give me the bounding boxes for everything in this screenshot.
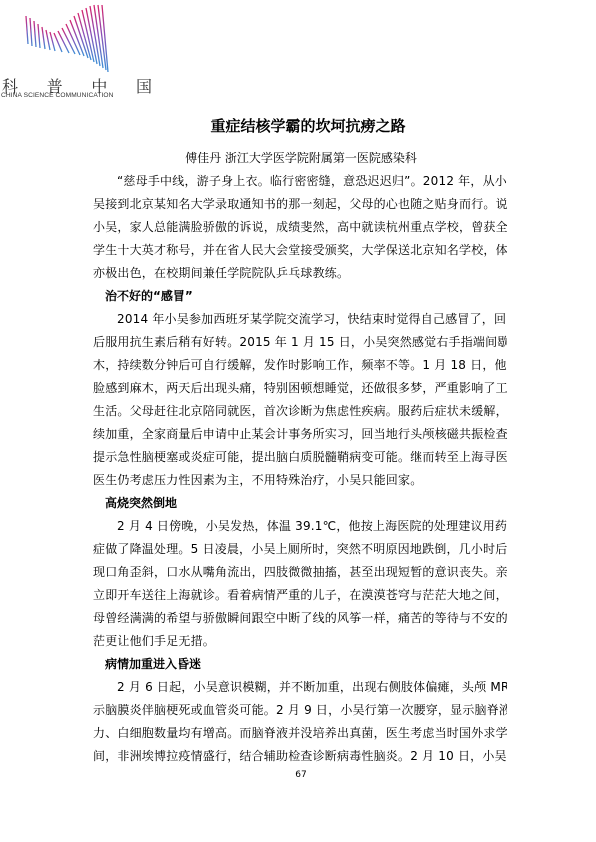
author-line: 傅佳丹 浙江大学医学院附属第一医院感染科 — [0, 149, 596, 166]
paragraph-line: 亦极出色，在校期间兼任学院院队乒乓球教练。 — [93, 262, 507, 285]
paragraph-line: 母曾经满满的希望与骄傲瞬间跟空中断了线的风筝一样，痛苦的等待与不安的迷 — [93, 607, 507, 630]
logo-wave-icon — [22, 2, 132, 74]
paragraph-line: 医生仍考虑压力性因素为主，不用特殊治疗，小吴只能回家。 — [93, 469, 507, 492]
page-number: 67 — [0, 770, 596, 780]
paragraph-line: 2 月 6 日起，小吴意识模糊，并不断加重，出现右侧肢体偏瘫，头颅 MRI 提 — [93, 676, 507, 699]
paragraph-line: 2014 年小吴参加西班牙某学院交流学习，快结束时觉得自己感冒了，回国 — [93, 308, 507, 331]
paragraph-line: 提示急性脑梗塞或炎症可能，提出脑白质脱髓鞘病变可能。继而转至上海寻医， — [93, 446, 507, 469]
section-heading: 高烧突然倒地 — [93, 492, 507, 515]
paragraph-line: 木，持续数分钟后可自行缓解，发作时影响工作，频率不等。1 月 18 日，他右 — [93, 354, 507, 377]
paragraph-line: 续加重，全家商量后申请中止某会计事务所实习，回当地行头颅核磁共振检查， — [93, 423, 507, 446]
paragraph-line: 生活。父母赶往北京陪同就医，首次诊断为焦虑性疾病。服药后症状未缓解，继 — [93, 400, 507, 423]
article-body: “慈母手中线，游子身上衣。临行密密缝，意恐迟迟归”。2012 年，从小吴接到北京… — [93, 170, 507, 768]
paragraph-line: 间，非洲埃博拉疫情盛行，结合辅助检查诊断病毒性脑炎。2 月 10 日，小吴昏 — [93, 745, 507, 768]
logo-char: 国 — [136, 74, 152, 97]
paragraph-line: 茫更让他们手足无措。 — [93, 630, 507, 653]
paragraph-line: 脸感到麻木，两天后出现头痛，特别困顿想睡觉，还做很多梦，严重影响了工作、 — [93, 377, 507, 400]
paragraph-line: 示脑膜炎伴脑梗死或血管炎可能。2 月 9 日，小吴行第一次腰穿，显示脑脊液压 — [93, 699, 507, 722]
paragraph-line: 立即开车送往上海就诊。看着病情严重的儿子，在漠漠苍穹与茫茫大地之间，父 — [93, 584, 507, 607]
paragraph-line: 学生十大英才称号，并在省人民大会堂接受颁奖，大学保送北京知名学校，体育 — [93, 239, 507, 262]
paragraph-line: 2 月 4 日傍晚，小吴发热，体温 39.1℃，他按上海医院的处理建议用药物对 — [93, 515, 507, 538]
paragraph-line: 症做了降温处理。5 日凌晨，小吴上厕所时，突然不明原因地跌倒，几小时后出 — [93, 538, 507, 561]
section-heading: 病情加重进入昏迷 — [93, 653, 507, 676]
paragraph-line: 吴接到北京某知名大学录取通知书的那一刻起，父母的心也随之贴身而行。说起 — [93, 193, 507, 216]
logo: 科 普 中 国 CHINA SCIENCE COMMUNICATION — [0, 0, 160, 100]
paragraph-line: 后服用抗生素后稍有好转。2015 年 1 月 15 日，小吴突然感觉右手指端间歇… — [93, 331, 507, 354]
paragraph-line: 力、白细胞数量均有增高。而脑脊液并没培养出真菌，医生考虑当时国外求学期 — [93, 722, 507, 745]
paragraph-line: 现口角歪斜，口水从嘴角流出，四肢微微抽搐，甚至出现短暂的意识丧失。亲戚 — [93, 561, 507, 584]
paragraph-line: “慈母手中线，游子身上衣。临行密密缝，意恐迟迟归”。2012 年，从小 — [93, 170, 507, 193]
logo-english-text: CHINA SCIENCE COMMUNICATION — [1, 92, 113, 99]
paragraph-line: 小吴，家人总能满脸骄傲的诉说，成绩斐然，高中就读杭州重点学校，曾获全省 — [93, 216, 507, 239]
article-title: 重症结核学霸的坎坷抗痨之路 — [0, 115, 596, 136]
section-heading: 治不好的“感冒” — [93, 285, 507, 308]
